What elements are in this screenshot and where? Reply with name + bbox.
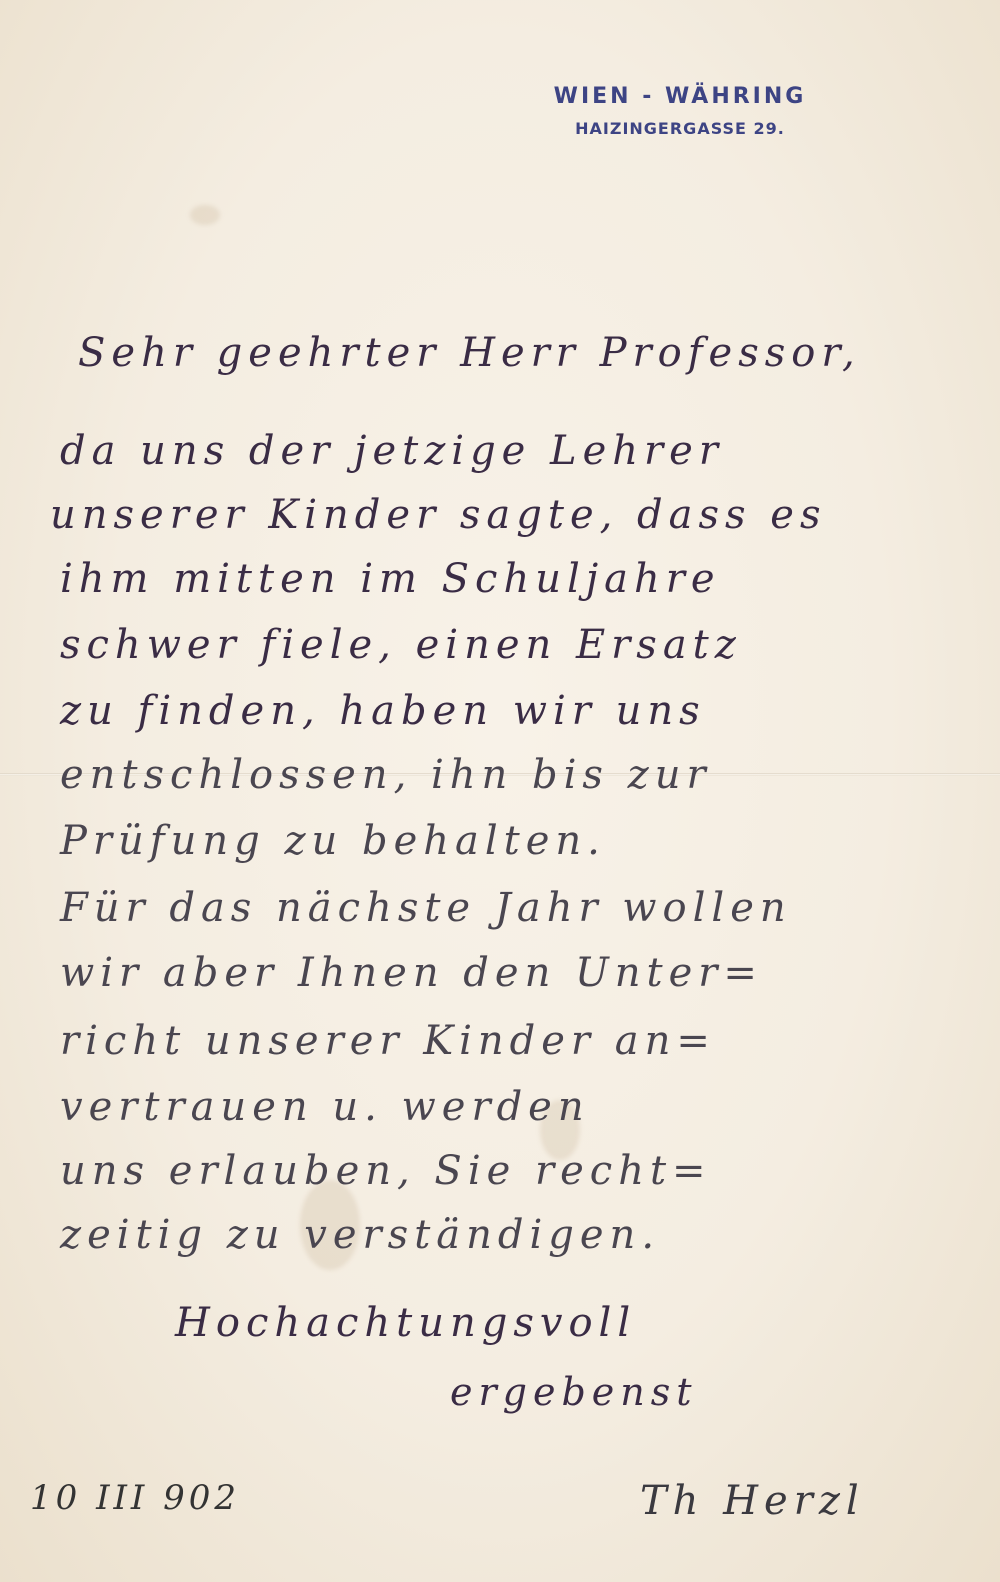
salutation: Sehr geehrter Herr Professor,: [78, 330, 861, 376]
letter-line: uns erlauben, Sie recht=: [60, 1148, 712, 1194]
closing-ergebenst: ergebenst: [450, 1370, 698, 1414]
letterhead-city: WIEN - WÄHRING: [540, 84, 820, 109]
letterhead: WIEN - WÄHRING HAIZINGERGASSE 29.: [540, 84, 820, 138]
letter-page: WIEN - WÄHRING HAIZINGERGASSE 29. Sehr g…: [0, 0, 1000, 1582]
letter-line: Prüfung zu behalten.: [60, 818, 606, 864]
signature: Th Herzl: [640, 1478, 865, 1524]
letter-line: Für das nächste Jahr wollen: [60, 885, 792, 931]
letter-line: zeitig zu verständigen.: [60, 1212, 660, 1258]
letter-line: da uns der jetzige Lehrer: [60, 428, 724, 474]
letter-line: zu finden, haben wir uns: [60, 688, 706, 734]
letter-line: unserer Kinder sagte, dass es: [50, 492, 826, 538]
letter-line: schwer fiele, einen Ersatz: [60, 622, 742, 668]
letter-line: entschlossen, ihn bis zur: [60, 752, 712, 798]
letter-line: wir aber Ihnen den Unter=: [60, 950, 763, 996]
date: 10 III 902: [30, 1478, 240, 1518]
paper-stain: [190, 205, 220, 225]
letter-line: ihm mitten im Schuljahre: [60, 556, 721, 602]
letter-line: richt unserer Kinder an=: [60, 1018, 716, 1064]
letter-line: vertrauen u. werden: [60, 1084, 590, 1130]
closing-hochachtungsvoll: Hochachtungsvoll: [175, 1300, 636, 1346]
letterhead-street: HAIZINGERGASSE 29.: [540, 119, 820, 138]
